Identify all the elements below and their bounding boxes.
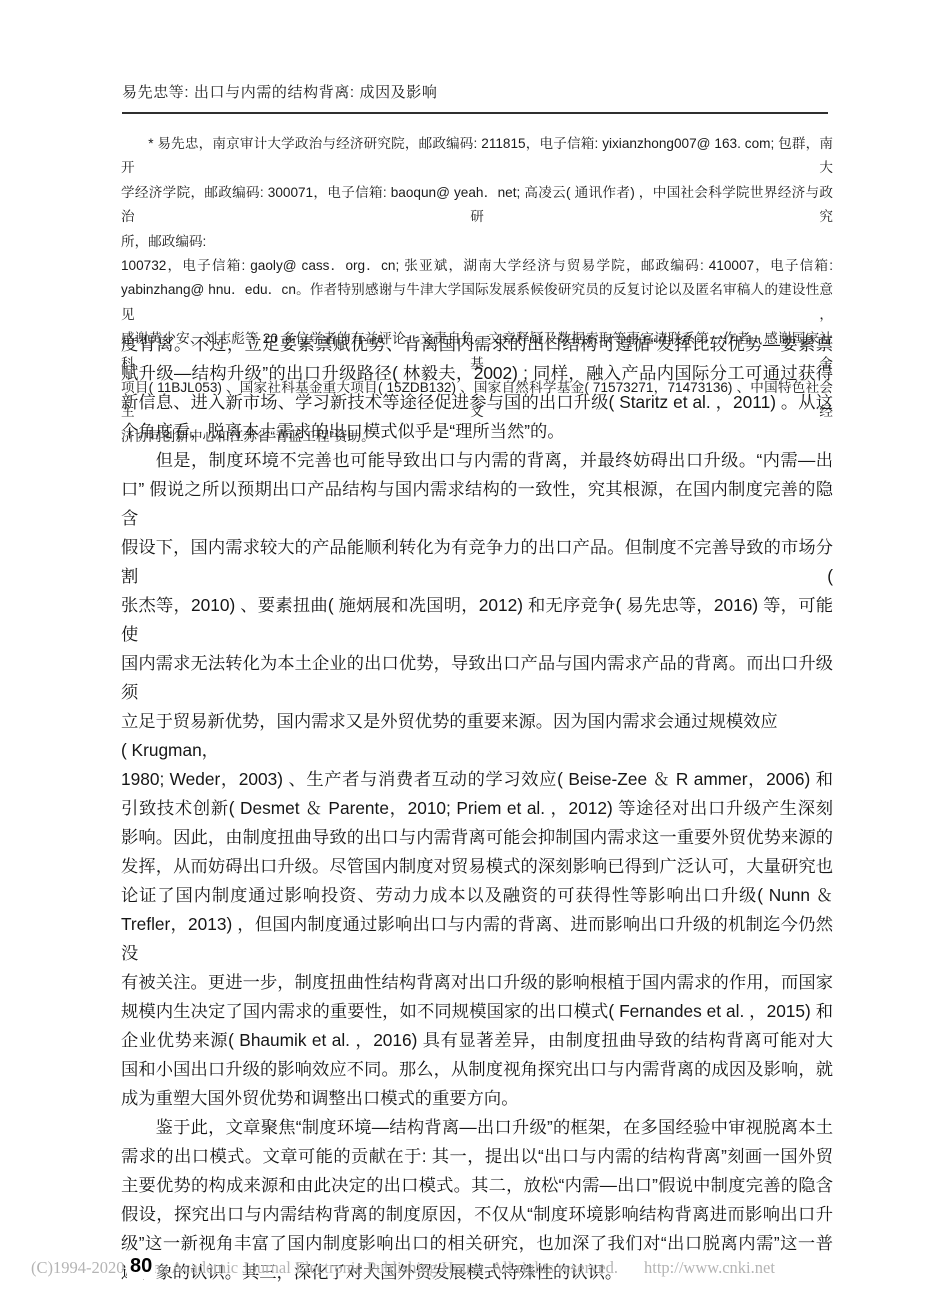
- text-line: 度背离。不过，立足要素禀赋优势、背离国内需求的出口结构可遵循“发挥比较优势—要素…: [121, 330, 833, 359]
- text-line: 但是，制度环境不完善也可能导致出口与内需的背离，并最终妨碍出口升级。“内需—出: [121, 446, 833, 475]
- text-line: 主要优势的构成来源和由此决定的出口模式。其二，放松“内需—出口”假说中制度完善的…: [121, 1171, 833, 1200]
- text-line: 所，邮政编码:: [121, 230, 833, 254]
- text-line: 立足于贸易新优势，国内需求又是外贸优势的重要来源。因为国内需求会通过规模效应: [121, 707, 833, 736]
- text-line: 企业优势来源( Bhaumik et al. ，2016) 具有显著差异，由制度…: [121, 1026, 833, 1055]
- text-line: 鉴于此，文章聚焦“制度环境—结构背离—出口升级”的框架，在多国经验中审视脱离本土: [121, 1113, 833, 1142]
- footer-copyright: (C)1994-2020 China Academic Journal Elec…: [31, 1258, 618, 1277]
- text-line: 赋升级—结构升级”的出口升级路径( 林毅夫，2002) ; 同样，融入产品内国际…: [121, 359, 833, 388]
- text-line: 1980; Weder，2003) 、生产者与消费者互动的学习效应( Beise…: [121, 765, 833, 794]
- text-line: 发挥，从而妨碍出口升级。尽管国内制度对贸易模式的深刻影响已得到广泛认可，大量研究…: [121, 852, 833, 881]
- running-header: 易先忠等: 出口与内需的结构背离: 成因及影响: [122, 81, 437, 102]
- text-line: 需求的出口模式。文章可能的贡献在于: 其一，提出以“出口与内需的结构背离”刻画一…: [121, 1142, 833, 1171]
- page-footer: (C)1994-2020 China Academic Journal Elec…: [31, 1258, 941, 1278]
- text-line: 新信息、进入新市场、学习新技术等途径促进参与国的出口升级( Staritz et…: [121, 388, 833, 417]
- text-line: 国内需求无法转化为本土企业的出口优势，导致出口产品与国内需求产品的背离。而出口升…: [121, 649, 833, 707]
- text-line: 张杰等，2010) 、要素扭曲( 施炳展和冼国明，2012) 和无序竞争( 易先…: [121, 591, 833, 649]
- text-line: 假设下，国内需求较大的产品能顺利转化为有竞争力的出口产品。但制度不完善导致的市场…: [121, 533, 833, 591]
- text-line: 级”这一新视角丰富了国内制度影响出口的相关研究，也加深了我们对“出口脱离内需”这…: [121, 1229, 833, 1258]
- text-line: yabinzhang@ hnu．edu．cn。作者特别感谢与牛津大学国际发展系候…: [121, 278, 833, 327]
- page-number: 80: [127, 1253, 155, 1279]
- text-line: 影响。因此，由制度扭曲导致的出口与内需背离可能会抑制国内需求这一重要外贸优势来源…: [121, 823, 833, 852]
- text-line: ( Krugman，: [121, 736, 833, 765]
- body-text: 度背离。不过，立足要素禀赋优势、背离国内需求的出口结构可遵循“发挥比较优势—要素…: [121, 330, 833, 1287]
- text-line: 假设，探究出口与内需结构背离的制度原因，不仅从“制度环境影响结构背离进而影响出口…: [121, 1200, 833, 1229]
- text-line: 引致技术创新( Desmet ＆ Parente，2010; Priem et …: [121, 794, 833, 823]
- text-line: 100732，电子信箱: gaoly@ cass．org．cn; 张亚斌，湖南大…: [121, 254, 833, 278]
- paragraph: 度背离。不过，立足要素禀赋优势、背离国内需求的出口结构可遵循“发挥比较优势—要素…: [121, 330, 833, 446]
- header-rule: [122, 112, 828, 114]
- text-line: 学经济学院，邮政编码: 300071，电子信箱: baoqun@ yeah．ne…: [121, 181, 833, 230]
- text-line: 论证了国内制度通过影响投资、劳动力成本以及融资的可获得性等影响出口升级( Nun…: [121, 881, 833, 910]
- text-line: * 易先忠，南京审计大学政治与经济研究院，邮政编码: 211815，电子信箱: …: [121, 132, 833, 181]
- text-line: 有被关注。更进一步，制度扭曲性结构背离对出口升级的影响根植于国内需求的作用，而国…: [121, 968, 833, 997]
- text-line: 成为重塑大国外贸优势和调整出口模式的重要方向。: [121, 1084, 833, 1113]
- footer-url: http://www.cnki.net: [644, 1258, 775, 1277]
- text-line: 国和小国出口升级的影响效应不同。那么，从制度视角探究出口与内需背离的成因及影响，…: [121, 1055, 833, 1084]
- text-line: 个角度看，脱离本土需求的出口模式似乎是“理所当然”的。: [121, 417, 833, 446]
- text-line: 口” 假说之所以预期出口产品结构与国内需求结构的一致性，究其根源，在国内制度完善…: [121, 475, 833, 533]
- text-line: Trefler，2013) ，但国内制度通过影响出口与内需的背离、进而影响出口升…: [121, 910, 833, 968]
- paragraph: 但是，制度环境不完善也可能导致出口与内需的背离，并最终妨碍出口升级。“内需—出口…: [121, 446, 833, 1113]
- paper-page: 易先忠等: 出口与内需的结构背离: 成因及影响 * 易先忠，南京审计大学政治与经…: [0, 0, 950, 1290]
- text-line: 规模内生决定了国内需求的重要性，如不同规模国家的出口模式( Fernandes …: [121, 997, 833, 1026]
